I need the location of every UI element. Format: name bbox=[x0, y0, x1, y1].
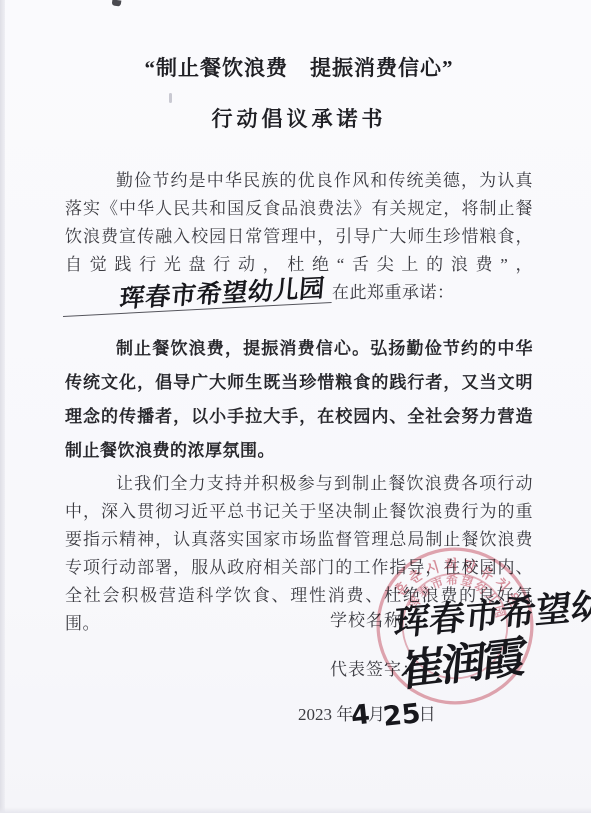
date-year: 2023 年 bbox=[298, 705, 353, 724]
scan-edge-left bbox=[0, 0, 5, 813]
scan-artifact-top bbox=[112, 0, 122, 7]
document-title-line2: 行动倡议承诺书 bbox=[65, 103, 533, 133]
scan-edge-bottom bbox=[0, 807, 591, 813]
handwritten-school-name-inline: 珲春市希望幼儿园 bbox=[63, 275, 334, 317]
pledge-intro-paragraph: 勤俭节约是中华民族的优良作风和传统美德，为认真落实《中华人民共和国反食品浪费法》… bbox=[65, 167, 533, 310]
intro-text-after: 在此郑重承诺： bbox=[332, 283, 455, 302]
document-title-line1: “制止餐饮浪费 提振消费信心” bbox=[65, 52, 533, 82]
commitment-paragraph-bold: 制止餐饮浪费，提振消费信心。弘扬勤俭节约的中华传统文化，倡导广大师生既当珍惜粮食… bbox=[65, 332, 533, 468]
handwritten-day-number: 25 bbox=[382, 698, 423, 733]
handwritten-month-number: 4 bbox=[350, 699, 372, 732]
scan-artifact-smudge bbox=[169, 93, 172, 103]
date-line: 2023 年4月25日 bbox=[298, 700, 436, 731]
intro-text-before: 勤俭节约是中华民族的优良作风和传统美德，为认真落实《中华人民共和国反食品浪费法》… bbox=[65, 171, 533, 274]
scanned-document: “制止餐饮浪费 提振消费信心” 行动倡议承诺书 勤俭节约是中华民族的优良作风和传… bbox=[0, 0, 591, 813]
